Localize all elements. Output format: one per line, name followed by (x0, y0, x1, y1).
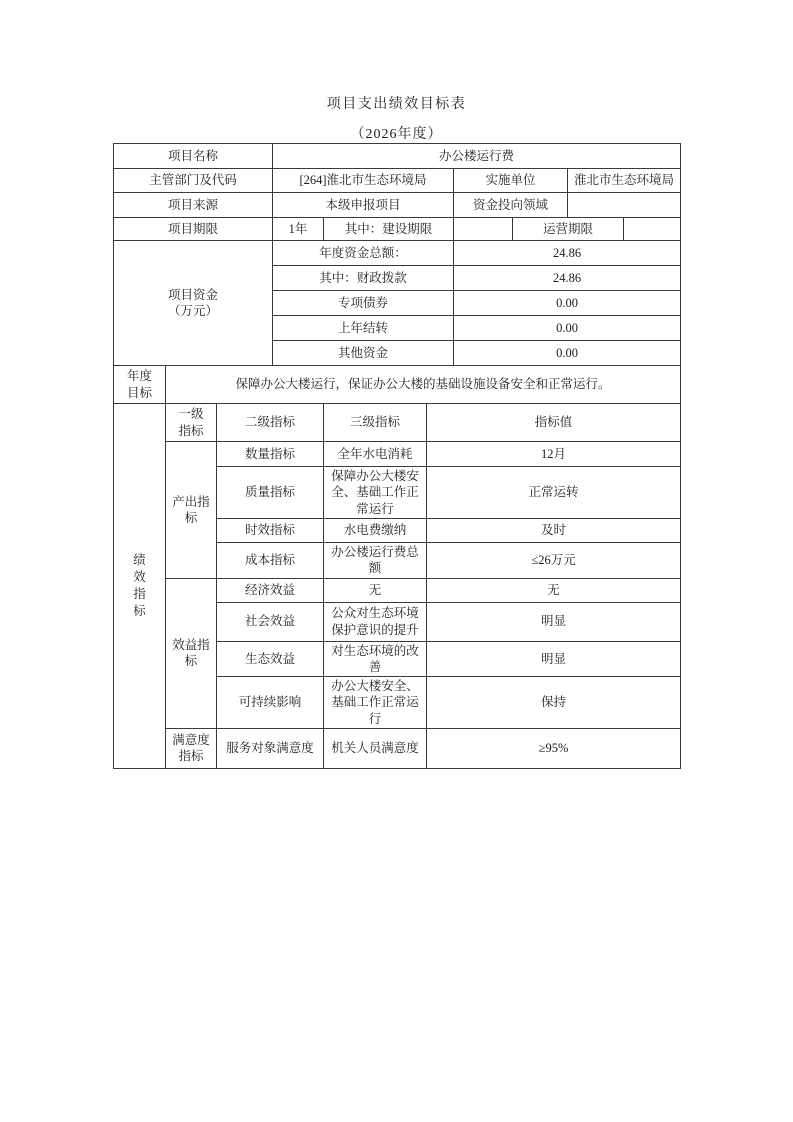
row-funding-total: 项目资金（万元） 年度资金总额： 24.86 (114, 241, 681, 266)
fund-field-label: 资金投向领域 (454, 193, 568, 218)
operation-period-label: 运营期限 (513, 218, 624, 241)
performance-target-table: 项目名称 办公楼运行费 主管部门及代码 [264]淮北市生态环境局 实施单位 淮… (113, 143, 681, 769)
funding-label: 年度资金总额： (273, 241, 454, 266)
indicator-level2: 质量指标 (217, 467, 324, 519)
header-level2: 二级指标 (217, 404, 324, 442)
funding-label: 上年结转 (273, 316, 454, 341)
funding-value: 0.00 (454, 341, 681, 366)
impl-unit-label: 实施单位 (454, 169, 568, 193)
group-satisfaction-label-text: 满意度指标 (172, 732, 210, 765)
indicator-level3: 无 (324, 578, 427, 602)
operation-period-value (624, 218, 681, 241)
source-label: 项目来源 (114, 193, 273, 218)
funding-value: 0.00 (454, 291, 681, 316)
indicator-level2: 经济效益 (217, 578, 324, 602)
funding-label: 其他资金 (273, 341, 454, 366)
row-period: 项目期限 1年 其中：建设期限 运营期限 (114, 218, 681, 241)
indicator-value: 正常运转 (427, 467, 681, 519)
construction-period-value (454, 218, 513, 241)
indicator-value: 明显 (427, 641, 681, 677)
indicators-group-label: 绩效指标 (114, 404, 166, 769)
funding-group-label-text: 项目资金（万元） (168, 287, 218, 320)
project-name-value: 办公楼运行费 (273, 144, 681, 169)
impl-unit-value: 淮北市生态环境局 (568, 169, 681, 193)
indicator-level3: 保障办公大楼安全、基础工作正常运行 (324, 467, 427, 519)
group-output-label-text: 产出指标 (172, 494, 210, 527)
annual-goal-label-text: 年度目标 (127, 368, 152, 401)
row-indicator: 效益指标 经济效益 无 无 (114, 578, 681, 602)
page-title: 项目支出绩效目标表 (0, 93, 793, 113)
group-benefit-label-text: 效益指标 (172, 637, 210, 670)
indicator-level2: 生态效益 (217, 641, 324, 677)
indicator-level2: 数量指标 (217, 442, 324, 467)
indicator-level2: 时效指标 (217, 519, 324, 543)
indicator-value: 无 (427, 578, 681, 602)
funding-value: 24.86 (454, 241, 681, 266)
funding-group-label: 项目资金（万元） (114, 241, 273, 366)
header-value: 指标值 (427, 404, 681, 442)
funding-label: 其中：财政拨款 (273, 266, 454, 291)
header-level1-text: 一级指标 (179, 406, 204, 439)
indicator-value: 保持 (427, 677, 681, 729)
indicator-level3: 全年水电消耗 (324, 442, 427, 467)
dept-label: 主管部门及代码 (114, 169, 273, 193)
indicator-level3: 办公楼运行费总额 (324, 543, 427, 579)
indicator-level3: 对生态环境的改善 (324, 641, 427, 677)
period-label: 项目期限 (114, 218, 273, 241)
row-indicator: 产出指标 数量指标 全年水电消耗 12月 (114, 442, 681, 467)
indicator-level3: 办公大楼安全、基础工作正常运行 (324, 677, 427, 729)
indicator-level3: 水电费缴纳 (324, 519, 427, 543)
indicator-value: ≤26万元 (427, 543, 681, 579)
indicators-group-label-text: 绩效指标 (133, 552, 146, 620)
group-output-label: 产出指标 (166, 442, 217, 579)
indicator-level3: 公众对生态环境保护意识的提升 (324, 602, 427, 641)
page-subtitle: （2026年度） (0, 123, 793, 143)
dept-value: [264]淮北市生态环境局 (273, 169, 454, 193)
indicator-value: 12月 (427, 442, 681, 467)
indicator-level2: 可持续影响 (217, 677, 324, 729)
row-annual-goal: 年度目标 保障办公大楼运行，保证办公大楼的基础设施设备安全和正常运行。 (114, 366, 681, 404)
indicator-level2: 服务对象满意度 (217, 728, 324, 768)
indicator-level3: 机关人员满意度 (324, 728, 427, 768)
row-indicator-header: 绩效指标 一级指标 二级指标 三级指标 指标值 (114, 404, 681, 442)
funding-label: 专项债券 (273, 291, 454, 316)
funding-value: 0.00 (454, 316, 681, 341)
header-level3: 三级指标 (324, 404, 427, 442)
period-value: 1年 (273, 218, 324, 241)
source-value: 本级申报项目 (273, 193, 454, 218)
indicator-value: 及时 (427, 519, 681, 543)
indicator-level2: 社会效益 (217, 602, 324, 641)
group-satisfaction-label: 满意度指标 (166, 728, 217, 768)
row-indicator: 满意度指标 服务对象满意度 机关人员满意度 ≥95% (114, 728, 681, 768)
group-benefit-label: 效益指标 (166, 578, 217, 728)
indicator-value: 明显 (427, 602, 681, 641)
indicator-level2: 成本指标 (217, 543, 324, 579)
project-name-label: 项目名称 (114, 144, 273, 169)
row-source: 项目来源 本级申报项目 资金投向领域 (114, 193, 681, 218)
row-project-name: 项目名称 办公楼运行费 (114, 144, 681, 169)
indicator-value: ≥95% (427, 728, 681, 768)
document-page: 项目支出绩效目标表 （2026年度） 项目名称 办公楼运行费 主管部门及代码 [… (0, 0, 793, 1122)
annual-goal-label: 年度目标 (114, 366, 166, 404)
row-department: 主管部门及代码 [264]淮北市生态环境局 实施单位 淮北市生态环境局 (114, 169, 681, 193)
fund-field-value (568, 193, 681, 218)
annual-goal-text: 保障办公大楼运行，保证办公大楼的基础设施设备安全和正常运行。 (166, 366, 681, 404)
funding-value: 24.86 (454, 266, 681, 291)
construction-period-label: 其中：建设期限 (324, 218, 454, 241)
header-level1: 一级指标 (166, 404, 217, 442)
